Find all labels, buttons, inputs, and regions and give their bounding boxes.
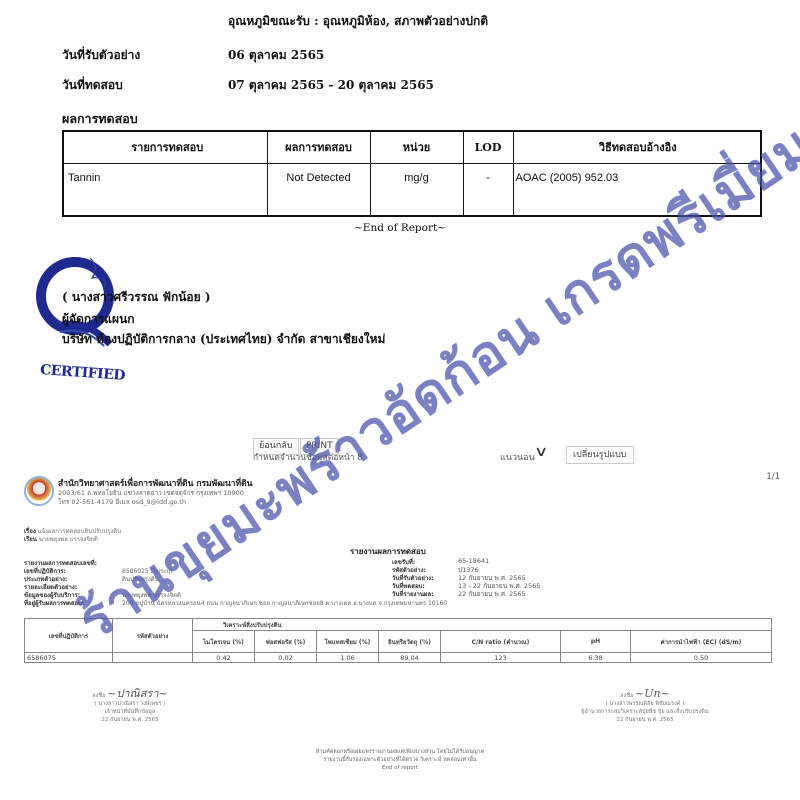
col-cn-ratio: C/N ratio (คำนวณ) [441,631,561,653]
company-name: บริษัท ห้องปฏิบัติการกลาง (ประเทศไทย) จำ… [62,330,385,349]
col-sample-code: รหัสตัวอย่าง [113,619,193,653]
certified-mark: CERTIFIED [40,362,126,384]
scanned-test-report: อุณหภูมิขณะรับ : อุณหภูมิห้อง, สภาพตัวอย… [0,0,800,440]
col-phosphorus: ฟอสฟอรัส (%) [255,631,317,653]
field-value: 200 หมู่บ้าน ฉัตรหลวงนครธน4 ถนน กาญจนาภิ… [122,598,447,608]
rows-per-page-note: กำหนดจำนวนข้อมูลต่อหน้า 8 [253,450,363,464]
cell-result: Not Detected [267,163,370,216]
test-date-label: วันที่ทดสอบ [62,76,123,95]
cell-cn-ratio: 123 [441,653,561,663]
recipient-line: เรียน นายพยุงพล บรรจงจิตติ [24,534,98,544]
test-date-value: 07 ตุลาคม 2565 - 20 ตุลาคม 2565 [228,76,434,95]
signatory-position: ผู้จัดการแผนก [62,310,135,329]
received-date-value: 06 ตุลาคม 2565 [228,46,324,65]
cell-test-item: Tannin [63,163,267,216]
col-ec: ค่าการนำไฟฟ้า (EC) (dS/m) [631,631,772,653]
footer-line: End of report [0,764,800,772]
col-test-item: รายการทดสอบ [63,131,267,163]
col-group-header: วิเคราะห์สิ่งปรับปรุงดิน [193,619,772,631]
sample-condition: อุณหภูมิขณะรับ : อุณหภูมิห้อง, สภาพตัวอย… [228,12,488,31]
col-unit: หน่วย [370,131,463,163]
sign-prefix: ลงชื่อ [620,693,633,699]
field-value: 65-18641 [458,557,489,565]
cell-unit: mg/g [370,163,463,216]
cell-ph: 6.38 [561,653,631,663]
sign-prefix: ลงชื่อ [92,693,105,699]
cell-potassium: 1.06 [317,653,379,663]
signer-title: เจ้าหน้าที่บันทึกข้อมูล [70,708,190,716]
change-format-button[interactable]: เปลี่ยนรูปแบบ [566,446,634,464]
recipient-label: เรียน [24,536,37,543]
cell-sample-code [113,653,193,663]
results-table: รายการทดสอบ ผลการทดสอบ หน่วย LOD วิธีทดส… [62,130,762,217]
field-value: ดินปรับปรุงดิน [122,574,159,584]
col-organic-matter: อินทรียวัตถุ (%) [379,631,441,653]
handwritten-signature-icon: ~ปาณิสรา~ [107,687,168,700]
col-ph: pH [561,631,631,653]
footer-line: รายงานนี้รับรองเฉพาะตัวอย่างที่ได้ตรวจ ว… [0,756,800,764]
report-footer: ห้ามคัดลอกหรือเผยแพร่รายงานผลแต่เพียงบาง… [0,748,800,772]
received-date-label: วันที่รับตัวอย่าง [62,46,140,65]
col-method: วิธีทดสอบอ้างอิง [513,131,761,163]
cell-lab-no: 6586075 [25,653,113,663]
department-logo-icon [24,476,54,506]
cell-method: AOAC (2005) 952.03 [513,163,761,216]
signature-block-director: ลงชื่อ ~Un~ ( นางสาวพรรณพิลัย พิชัยณรงค์… [560,690,730,724]
footer-line: ห้ามคัดลอกหรือเผยแพร่รายงานผลแต่เพียงบาง… [0,748,800,756]
page-indicator: 1/1 [766,472,780,482]
field-label: วันที่รายงานผล: [392,589,434,599]
field-value: 22 กันยายน พ.ศ. 2565 [458,589,526,599]
signer-date: 22 กันยายน พ.ศ. 2565 [70,716,190,724]
cell-lod: - [463,163,513,216]
table-row: 6586075 0.42 0.02 1.06 89.04 123 6.38 0.… [25,653,772,663]
results-section-title: ผลการทดสอบ [62,109,138,129]
signer-date: 22 กันยายน พ.ศ. 2565 [560,716,730,724]
cell-nitrogen: 0.42 [193,653,255,663]
col-result: ผลการทดสอบ [267,131,370,163]
recipient-value: นายพยุงพล บรรจงจิตติ [39,536,98,543]
signer-title: ผู้อำนวยการกลุ่มวิเคราะห์ปุ๋ยพืช ปุ๋ย แล… [560,708,730,716]
col-lod: LOD [463,131,513,163]
cell-ec: 0.50 [631,653,772,663]
field-label: ที่อยู่ผู้รับผลการทดสอบ: [24,598,84,608]
cell-phosphorus: 0.02 [255,653,317,663]
signer-name: ( นางสาวพรรณพิลัย พิชัยณรงค์ ) [560,700,730,708]
cell-organic-matter: 89.04 [379,653,441,663]
handwritten-signature-icon: ~Un~ [635,687,670,700]
orientation-select[interactable]: แนวนอน [500,450,535,464]
soil-results-table: เลขที่ปฏิบัติการ รหัสตัวอย่าง วิเคราะห์ส… [24,618,772,663]
table-row: Tannin Not Detected mg/g - AOAC (2005) 9… [63,163,761,216]
signature-block-recorder: ลงชื่อ ~ปาณิสรา~ ( นางสาวปาณิสรา วงษ์เพช… [70,690,190,724]
organization-contact: โทร 02-561-4179 อีเมล osd_9@ldd.go.th [58,497,186,507]
signer-name: ( นางสาวปาณิสรา วงษ์เพชร ) [70,700,190,708]
col-lab-no: เลขที่ปฏิบัติการ [25,619,113,653]
signatory-name: ( นางสาวศรีวรรณ ฟักน้อย ) [62,288,211,307]
col-nitrogen: ไนโตรเจน (%) [193,631,255,653]
end-of-report: ~End of Report~ [0,222,800,234]
chevron-down-icon[interactable]: ∨ [534,444,548,460]
col-potassium: โพแทสเซียม (%) [317,631,379,653]
